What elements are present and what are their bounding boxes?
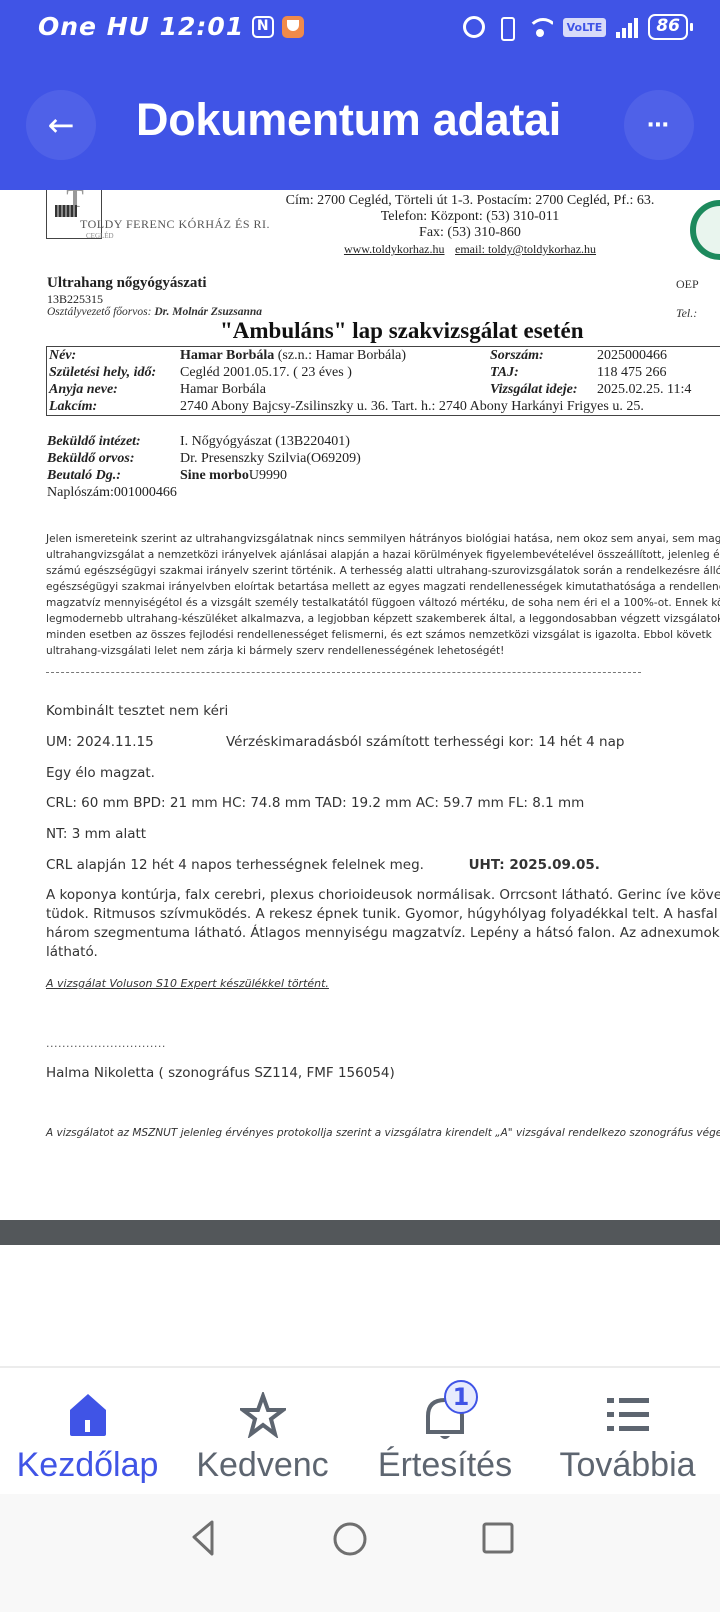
page-separator [0,1220,720,1245]
lmp-line: UM: 2024.11.15Vérzéskimaradásból számíto… [46,734,624,750]
hospital-phone: Telefon: Központ: (53) 310-011 [250,209,690,225]
circle-home-icon [333,1512,383,1562]
dashed-divider [46,672,641,673]
crl-assessment: CRL alapján 12 hét 4 napos terhességnek … [46,857,600,873]
certification-seal [690,200,720,260]
volte-icon: VoLTE [563,18,607,37]
ultrasound-disclaimer: Jelen ismereteink szerint az ultrahangvi… [46,531,720,659]
nav-item-notifications[interactable]: 1 Értesítés [360,1368,530,1496]
referral-info: Beküldő intézet: I. Nőgyógyászat (13B220… [47,433,647,501]
system-recents-button[interactable] [480,1512,530,1562]
referral-doctor: Beküldő orvos: Dr. Presenszky Szilvia(O6… [47,450,647,467]
app-notification-icon [282,16,304,38]
logo-city: CEGLÉD [86,232,114,240]
star-icon [240,1392,286,1438]
nav-label-notifications: Értesítés [360,1446,530,1485]
diagnosis-value: Sine morboU9990 [180,467,287,484]
device-note: A vizsgálat Voluson S10 Expert készülékk… [46,977,329,990]
disclaimer-line: magzatvíz mennyiségétol és a vizsgált sz… [46,595,720,611]
gestational-age: Vérzéskimaradásból számított terhességi … [226,734,624,750]
hospital-email-link[interactable]: email: toldy@toldykorhaz.hu [455,242,596,256]
protocol-note: A vizsgálatot az MSZNUT jelenleg érvénye… [46,1127,720,1139]
serial-value: 2025000466 [597,347,667,364]
department-code: 13B225315 [47,292,103,307]
form-title: "Ambuláns" lap szakvizsgálat esetén [220,318,584,344]
vibrate-icon [495,16,517,38]
disclaimer-line: Jelen ismereteink szerint az ultrahangvi… [46,531,720,547]
address-value: 2740 Abony Bajcsy-Zsilinszky u. 36. Tart… [180,398,644,415]
patient-info-table: Név: Hamar Borbála (sz.n.: Hamar Borbála… [46,346,720,416]
document-viewer[interactable]: T TOLDY FERENC KÓRHÁZ ÉS RI. CEGLÉD CEGL… [0,185,720,1220]
patient-row-birth: Születési hely, idő: Cegléd 2001.05.17. … [47,364,720,381]
institute-value: I. Nőgyógyászat (13B220401) [180,433,350,450]
patient-row-mother: Anyja neve: Hamar Borbála Vizsgálat idej… [47,381,720,398]
list-icon [605,1392,651,1438]
chief-label: Osztályvezető főorvos: [47,306,151,318]
hospital-website-link[interactable]: www.toldykorhaz.hu [344,242,445,256]
page-title: Dokumentum adatai [136,94,561,146]
hospital-header: CEGLÉDI TOLDY FERENC KÓRHÁZ ÉS RENDELŐIN… [250,185,690,258]
exam-time-label: Vizsgálat ideje: [490,381,578,398]
home-icon [65,1392,111,1438]
address-label: Lakcím: [49,398,97,415]
doctor-label: Beküldő orvos: [47,450,135,467]
signature-line: .............................. [46,1037,166,1050]
nfc-icon: N [252,16,274,38]
carrier-time: One HU 12:01 [38,12,244,41]
disclaimer-line: egészségügyi szakmai irányelvben eloírta… [46,579,720,595]
disclaimer-line: ultrahang-vizsgálati lelet nem zárja ki … [46,643,720,659]
status-bar: One HU 12:01 N VoLTE 86 [0,0,720,56]
combined-test: Kombinált tesztet nem kéri [46,703,228,719]
status-right: VoLTE 86 [463,14,688,40]
exam-time-value: 2025.02.25. 11:4 [597,381,691,398]
nav-item-favorites[interactable]: Kedvenc [185,1368,340,1496]
logo-building-icon [55,205,77,217]
status-left: One HU 12:01 N [38,12,304,41]
bell-icon: 1 [422,1392,468,1438]
department-chief: Osztályvezető főorvos: Dr. Molnár Zsuzsa… [47,306,262,318]
disclaimer-line: legmodernebb ultrahang-készüléket alkalm… [46,611,720,627]
system-back-button[interactable] [182,1512,232,1562]
disclaimer-line: ultrahangvizsgálat a nemzetközi irányelv… [46,547,720,563]
measurements: CRL: 60 mm BPD: 21 mm HC: 74.8 mm TAD: 1… [46,795,584,811]
chief-name: Dr. Molnár Zsuzsanna [154,306,262,318]
referral-diagnosis: Beutaló Dg.: Sine morboU9990 [47,467,647,484]
disclaimer-line: számú egészségügyi szakmai irányelv szer… [46,563,720,579]
app-bar: One HU 12:01 N VoLTE 86 ← Dokumentum ada… [0,0,720,190]
alarm-icon [463,16,485,38]
nav-label-more: Továbbia [540,1446,715,1485]
crl-based-age: CRL alapján 12 hét 4 napos terhességnek … [46,857,424,873]
patient-row-name: Név: Hamar Borbála (sz.n.: Hamar Borbála… [47,347,720,364]
back-button[interactable]: ← [26,90,96,160]
system-navigation-bar [0,1494,720,1612]
institute-label: Beküldő intézet: [47,433,141,450]
um-date: UM: 2024.11.15 [46,734,226,750]
due-date: UHT: 2025.09.05. [469,857,600,873]
more-horizontal-icon: ⋯ [647,113,671,138]
mother-label: Anyja neve: [49,381,118,398]
logo-hospital-name: TOLDY FERENC KÓRHÁZ ÉS RI. [80,217,270,232]
name-label: Név: [49,347,76,364]
arrow-left-icon: ← [48,106,75,144]
mother-value: Hamar Borbála [180,381,266,398]
wifi-icon [527,16,553,38]
hospital-address: Cím: 2700 Cegléd, Törteli út 1-3. Postac… [250,193,690,209]
nav-label-home: Kezdőlap [0,1446,175,1485]
patient-row-address: Lakcím: 2740 Abony Bajcsy-Zsilinszky u. … [47,398,720,415]
bottom-navigation: Kezdőlap Kedvenc 1 Értesítés Továbbia [0,1366,720,1494]
fetus-count: Egy élo magzat. [46,765,155,781]
disclaimer-line: minden esetben az összes fejlodési rende… [46,627,720,643]
nav-item-more[interactable]: Továbbia [540,1368,715,1496]
diagnosis-label: Beutaló Dg.: [47,467,121,484]
nt-measurement: NT: 3 mm alatt [46,826,146,842]
hospital-fax: Fax: (53) 310-860 [250,225,690,241]
taj-label: TAJ: [490,364,519,381]
log-number: Naplószám:001000466 [47,484,647,501]
system-home-button[interactable] [333,1512,383,1562]
nav-item-home[interactable]: Kezdőlap [0,1368,175,1496]
tel-label: Tel.: [676,306,697,321]
oep-label: OEP [676,277,699,292]
notification-badge: 1 [444,1380,478,1414]
doctor-value: Dr. Presenszky Szilvia(O69209) [180,450,361,467]
birth-label: Születési hely, idő: [49,364,156,381]
triangle-back-icon [182,1512,232,1562]
more-options-button[interactable]: ⋯ [624,90,694,160]
nav-label-favorites: Kedvenc [185,1446,340,1485]
anatomy-description: A koponya kontúrja, falx cerebri, plexus… [46,886,720,962]
birth-value: Cegléd 2001.05.17. ( 23 éves ) [180,364,352,381]
taj-value: 118 475 266 [597,364,666,381]
department-title: Ultrahang nőgyógyászati [47,275,207,292]
serial-label: Sorszám: [490,347,544,364]
square-recents-icon [480,1512,530,1562]
referral-institute: Beküldő intézet: I. Nőgyógyászat (13B220… [47,433,647,450]
name-value: Hamar Borbála (sz.n.: Hamar Borbála) [180,347,406,364]
battery-icon: 86 [648,14,688,40]
signal-icon [616,16,638,38]
signer-name: Halma Nikoletta ( szonográfus SZ114, FMF… [46,1065,395,1081]
